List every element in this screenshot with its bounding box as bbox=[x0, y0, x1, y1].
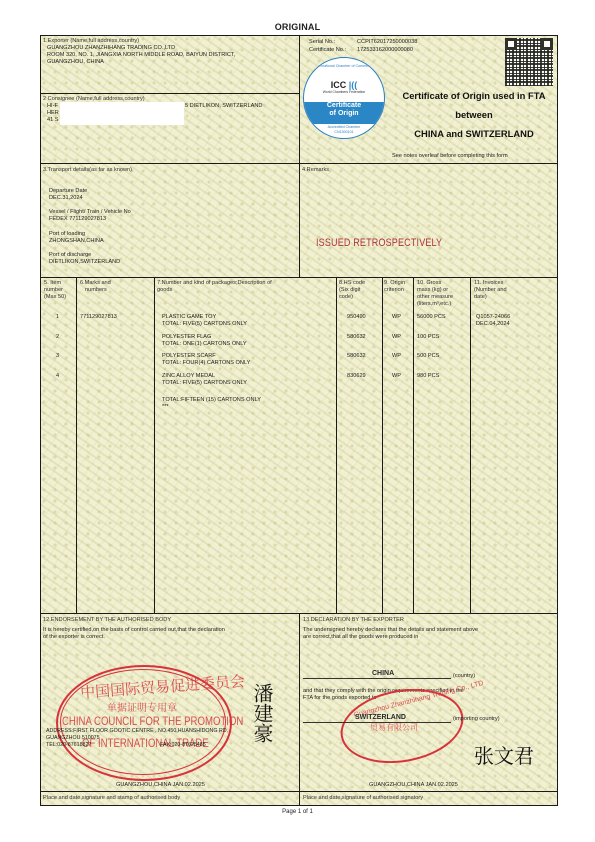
divider bbox=[299, 613, 300, 806]
endorsement-footer: Place and date,signature and stamp of au… bbox=[43, 795, 180, 802]
origin-country-line bbox=[303, 678, 451, 679]
endorsement-text-1: It is hereby certified,on the basis of c… bbox=[43, 627, 225, 634]
declaration-label: 13.DECLARATION BY THE EXPORTER bbox=[303, 617, 404, 624]
goods-total: TOTAL: FIVE(5) CARTONS ONLY bbox=[162, 380, 247, 387]
item-number: 1 bbox=[56, 314, 59, 321]
exporter-label: 1.Exporter (Name,full address,country) bbox=[43, 38, 139, 45]
stamp-cn-subtitle: 单据证明专用章 bbox=[107, 699, 177, 714]
endorser-address: ADDRESS:FIRST FLOOR GOOTIC CENTRE , NO.4… bbox=[46, 728, 228, 735]
endorser-signature: 潘建豪 bbox=[254, 683, 276, 743]
exporter-name: GUANGZHOU ZHANZHIHANG TRADING CO.,LTD bbox=[47, 45, 175, 52]
endorser-tel: TEL:020-87618827 bbox=[46, 742, 91, 749]
divider bbox=[40, 163, 558, 164]
consignee-line-2: HER bbox=[47, 110, 59, 117]
goods-description: PLASTIC GAME TOY bbox=[162, 314, 216, 321]
invoice-date: DEC.04,2024 bbox=[476, 321, 510, 328]
certificate-title: Certificate of Origin used in FTA bbox=[390, 90, 558, 101]
goods-description: ZINC ALLOY MEDAL bbox=[162, 373, 215, 380]
item-number: 3 bbox=[56, 353, 59, 360]
departure-date-label: Departure Date bbox=[49, 188, 87, 195]
importing-country-line bbox=[303, 722, 451, 723]
divider bbox=[299, 35, 300, 277]
end-mark: *** bbox=[162, 404, 169, 411]
origin-country: CHINA bbox=[372, 670, 394, 677]
exporter-address: ROOM 320, NO. 1, JIANGXIA NORTH MIDDLE R… bbox=[47, 52, 235, 59]
certificate-number-label: Certificate No.: bbox=[309, 47, 346, 54]
origin-country-suffix: (country) bbox=[453, 673, 475, 680]
importing-country-suffix: (importing country) bbox=[453, 716, 500, 723]
icc-band-line-1: Certificate bbox=[304, 102, 384, 110]
icc-certificate-badge: International Chamber of Commerce ICC |(… bbox=[303, 57, 385, 139]
hs-code: 830629 bbox=[347, 373, 366, 380]
divider bbox=[336, 277, 337, 613]
divider bbox=[154, 277, 155, 613]
declaration-text-1: The undersigned hereby declares that the… bbox=[303, 627, 478, 634]
declaration-footer: Place and date,signature of authorised s… bbox=[303, 795, 423, 802]
gross-quantity: 56000 PCS bbox=[417, 314, 446, 321]
divider bbox=[76, 277, 77, 613]
vessel-label: Vessel / Flight/ Train / Vehicle No bbox=[49, 209, 131, 216]
goods-total: TOTAL: FOUR(4) CARTONS ONLY bbox=[162, 360, 250, 367]
goods-total: TOTAL: ONE(1) CARTONS ONLY bbox=[162, 341, 247, 348]
issued-retrospectively-stamp: ISSUED RETROSPECTIVELY bbox=[316, 237, 442, 249]
header-invoices: 11. Invoices(Number anddate) bbox=[474, 280, 507, 301]
divider bbox=[40, 93, 299, 94]
icc-band: Certificate of Origin bbox=[304, 102, 384, 124]
overleaf-note: See notes overleaf before completing thi… bbox=[392, 153, 508, 160]
consignee-line-3: 41 S bbox=[47, 117, 59, 124]
exporter-city: GUANGZHOU, CHINA bbox=[47, 59, 104, 66]
page-number: Page 1 of 1 bbox=[0, 809, 595, 815]
header-hs-code: 8.HS code(Six digitcode) bbox=[339, 280, 365, 301]
declaration-place-date: GUANGZHOU,CHINA JAN.02.2025 bbox=[369, 782, 458, 789]
declaration-text-2: are correct,that all the goods were prod… bbox=[303, 634, 418, 641]
header-marks: 6.Marks andnumbers bbox=[80, 280, 111, 294]
serial-number: CCPIT62017250000038 bbox=[357, 39, 417, 46]
origin-criterion: WP bbox=[392, 334, 401, 341]
endorsement-place-date: GUANGZHOU,CHINA JAN.02.2025 bbox=[116, 782, 205, 789]
divider bbox=[382, 277, 383, 613]
invoice-number: Q1057-24066 bbox=[476, 314, 510, 321]
item-number: 2 bbox=[56, 334, 59, 341]
document-title: ORIGINAL bbox=[0, 22, 595, 32]
serial-label: Serial No.: bbox=[309, 39, 335, 46]
divider bbox=[40, 791, 558, 792]
header-origin-criterion: 9. Origincriterion bbox=[384, 280, 405, 294]
icc-accredited-line-2: CN1300101 bbox=[304, 130, 384, 135]
qr-code[interactable] bbox=[505, 38, 553, 86]
importing-country: SWITZERLAND bbox=[355, 714, 406, 721]
grand-total: TOTAL:FIFTEEN (15) CARTONS ONLY bbox=[162, 397, 261, 404]
port-of-loading: ZHONGSHAN,CHINA bbox=[49, 238, 104, 245]
origin-criterion: WP bbox=[392, 353, 401, 360]
endorser-city: GUANGZHOU 510075 bbox=[46, 735, 100, 742]
transport-label: 3.Transport details(as far as known) bbox=[43, 167, 132, 174]
origin-criterion: WP bbox=[392, 373, 401, 380]
hs-code: 950490 bbox=[347, 314, 366, 321]
redaction-block bbox=[60, 102, 184, 125]
goods-description: POLYESTER SCARF bbox=[162, 353, 216, 360]
port-of-loading-label: Port of loading bbox=[49, 231, 85, 238]
goods-total: TOTAL: FIVE(5) CARTONS ONLY bbox=[162, 321, 247, 328]
endorsement-text-2: of the exporter is correct. bbox=[43, 634, 105, 641]
icc-logo: ICC |(( bbox=[304, 80, 384, 90]
origin-criterion: WP bbox=[392, 314, 401, 321]
icc-name: ICC bbox=[331, 80, 347, 90]
divider bbox=[413, 277, 414, 613]
header-item-number: 5. Itemnumber(Max 50) bbox=[44, 280, 66, 301]
exporter-stamp-cn: 贸易有限公司 bbox=[370, 722, 418, 733]
departure-date: DEC.31,2024 bbox=[49, 195, 83, 202]
endorser-fax: FAX:020-87625485 bbox=[160, 742, 206, 749]
gross-quantity: 980 PCS bbox=[417, 373, 439, 380]
endorsement-label: 12.ENDORSEMENT BY THE AUTHORISED BODY bbox=[43, 617, 171, 624]
divider bbox=[470, 277, 471, 613]
header-description: 7.Number and kind of packages;Descriptio… bbox=[157, 280, 272, 294]
gross-quantity: 100 PCS bbox=[417, 334, 439, 341]
consignee-line-1: HI-F bbox=[47, 103, 58, 110]
hs-code: 580632 bbox=[347, 353, 366, 360]
gross-quantity: 500 PCS bbox=[417, 353, 439, 360]
certificate-number: 172533162000000080 bbox=[357, 47, 413, 54]
exporter-signature: 张文君 bbox=[474, 740, 534, 769]
icc-sub: World Chambers Federation bbox=[304, 90, 384, 94]
hs-code: 580632 bbox=[347, 334, 366, 341]
icc-ring-text: International Chamber of Commerce bbox=[304, 64, 384, 68]
goods-description: POLYESTER FLAG bbox=[162, 334, 211, 341]
port-of-discharge: DIETLIKON,SWITZERLAND bbox=[49, 259, 120, 266]
consignee-city: 5 DIETLIKON, SWITZERLAND bbox=[185, 103, 262, 110]
header-gross-mass: 10. Grossmass (kg) orother measure(liter… bbox=[417, 280, 453, 308]
certificate-title-countries: CHINA and SWITZERLAND bbox=[390, 128, 558, 139]
marks-value: 771129027813 bbox=[80, 314, 117, 321]
stamp-en-line-1: CHINA COUNCIL FOR THE PROMOTION bbox=[62, 714, 243, 728]
divider bbox=[40, 277, 558, 278]
icc-mark-icon: |(( bbox=[349, 80, 358, 90]
icc-accredited: Accredited Chamber CN1300101 bbox=[304, 125, 384, 134]
port-of-discharge-label: Port of discharge bbox=[49, 252, 91, 259]
icc-band-line-2: of Origin bbox=[304, 110, 384, 118]
remarks-label: 4.Remarks bbox=[302, 167, 329, 174]
item-number: 4 bbox=[56, 373, 59, 380]
vessel-number: FEDEX 771129027813 bbox=[49, 216, 106, 223]
certificate-title-between: between bbox=[390, 109, 558, 120]
